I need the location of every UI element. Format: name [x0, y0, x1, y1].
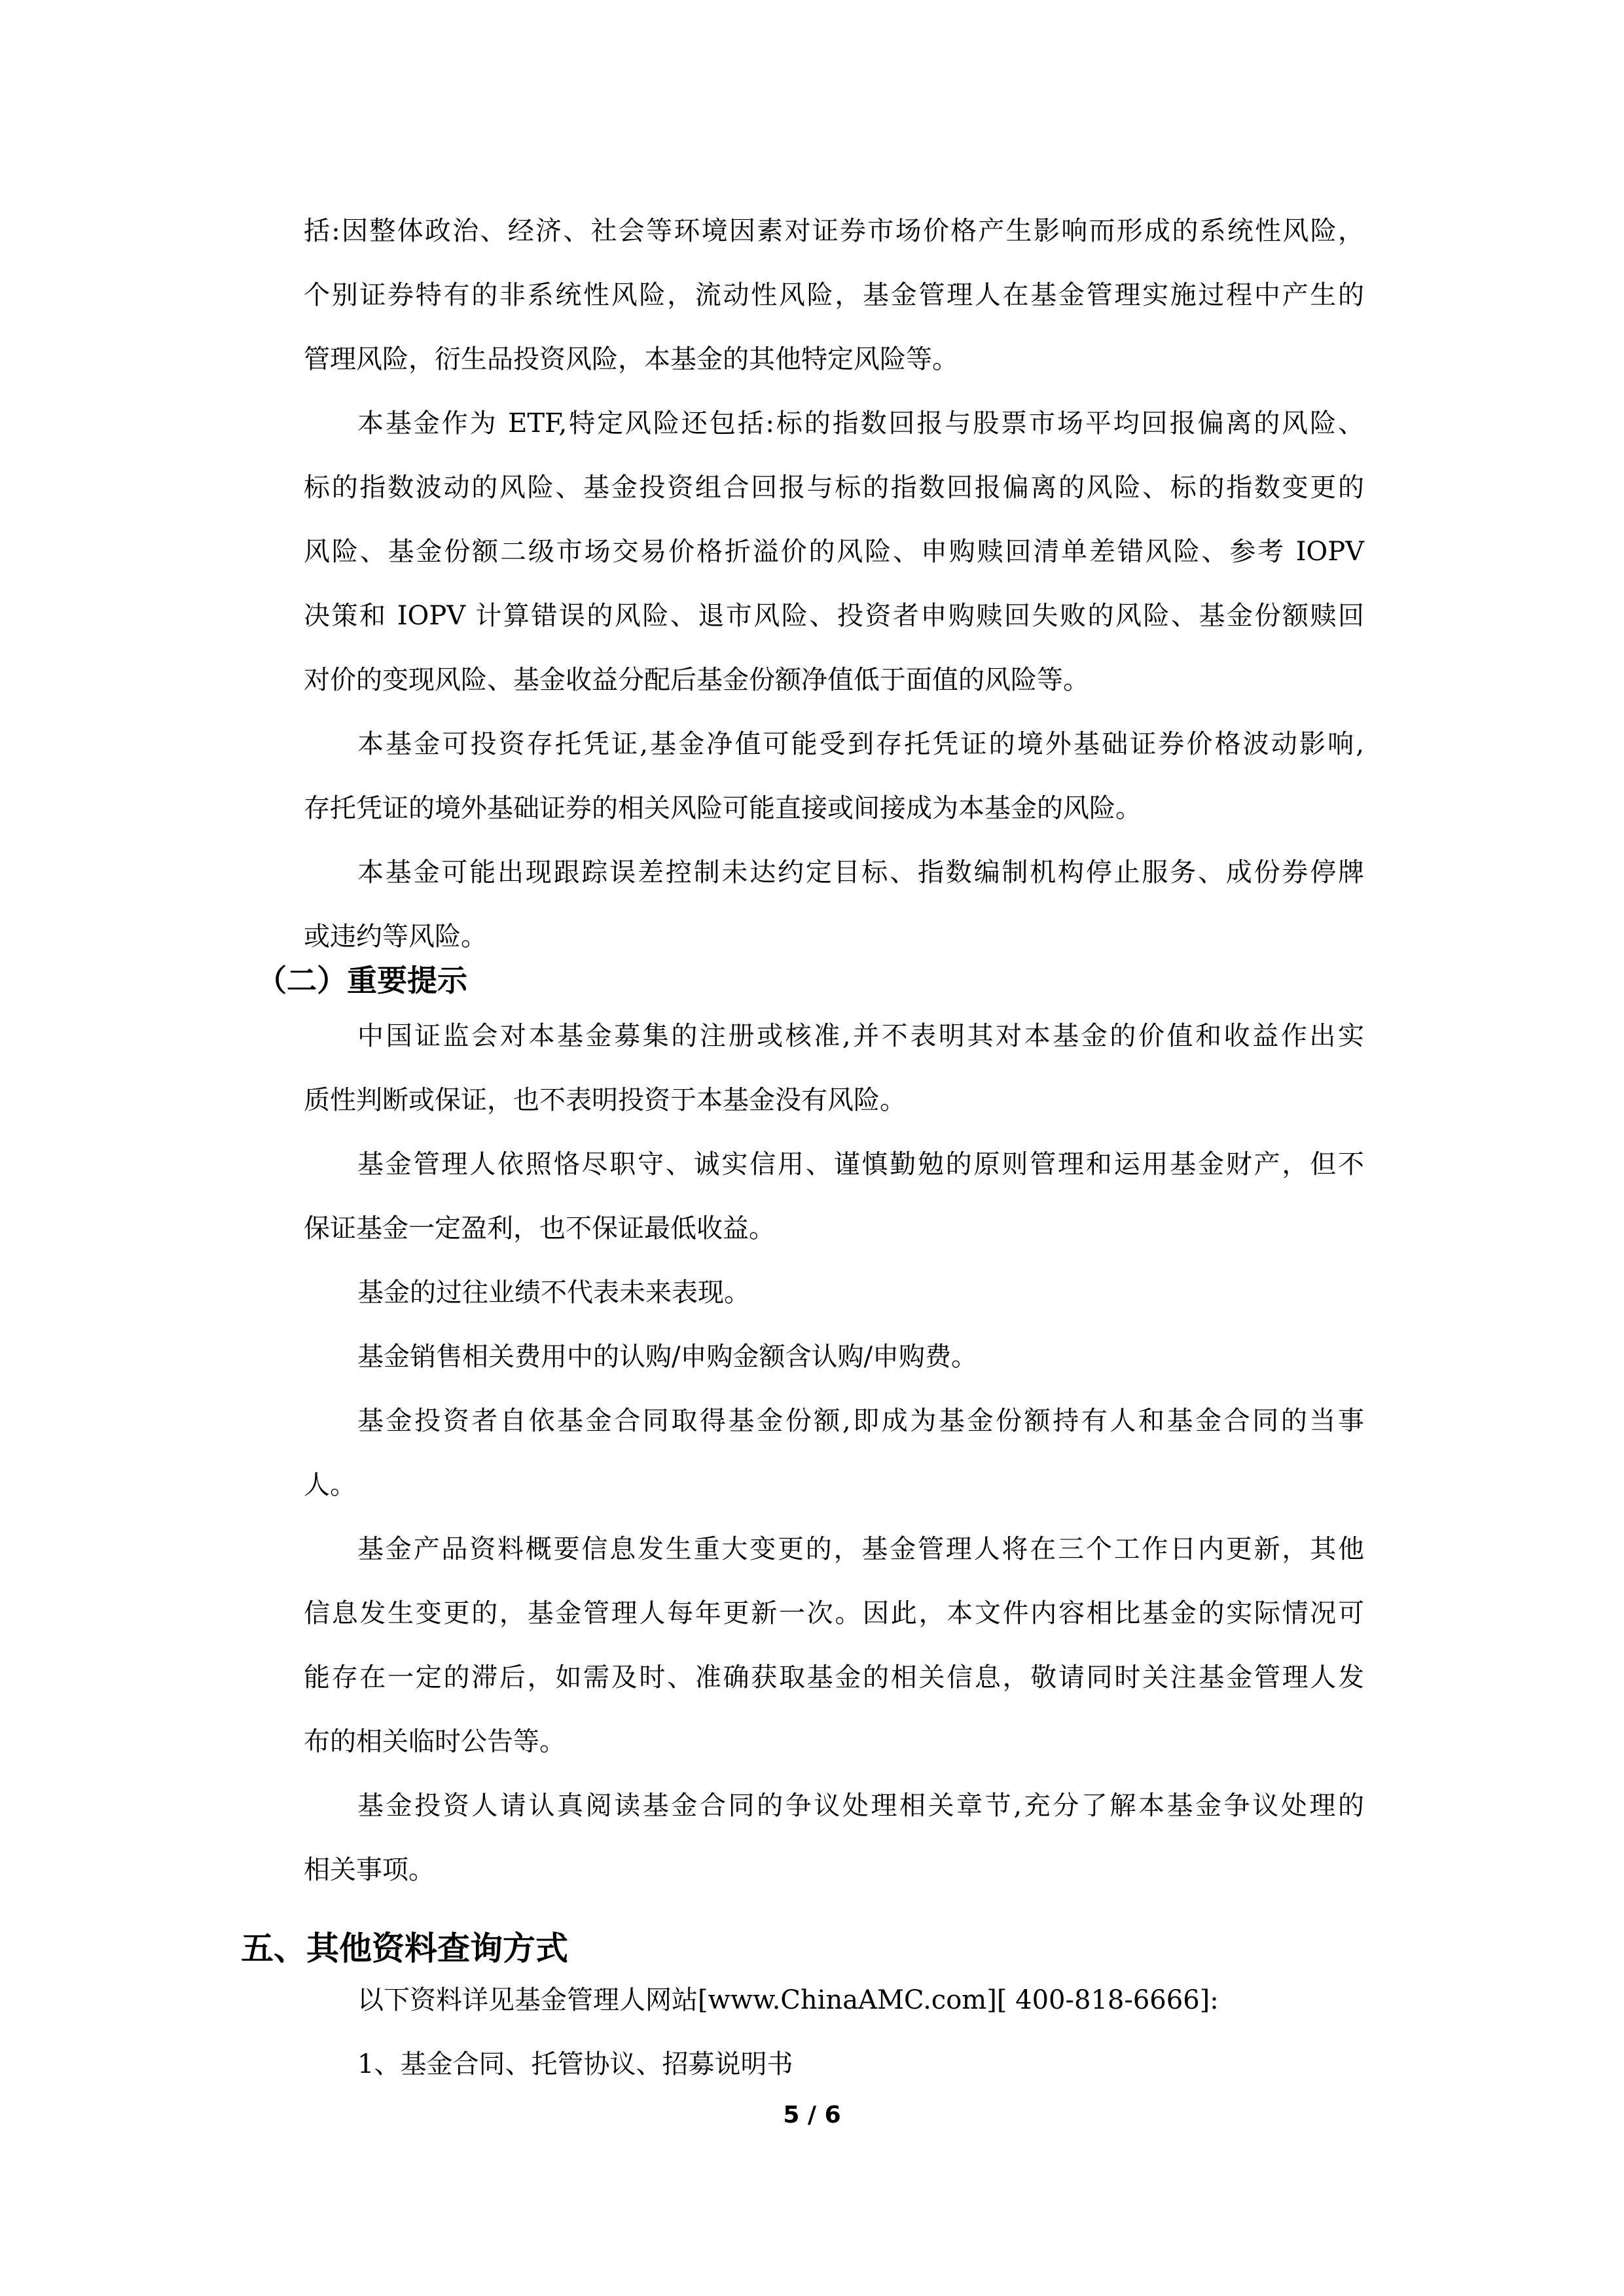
body-line: 决策和 IOPV 计算错误的风险、退市风险、投资者申购赎回失败的风险、基金份额赎…	[304, 584, 1364, 648]
body-line: 质性判断或保证，也不表明投资于本基金没有风险。	[304, 1068, 1364, 1132]
body-line: 基金投资人请认真阅读基金合同的争议处理相关章节,充分了解本基金争议处理的	[304, 1774, 1364, 1838]
body-line: 个别证券特有的非系统性风险，流动性风险，基金管理人在基金管理实施过程中产生的	[304, 263, 1364, 327]
body-line: 本基金作为 ETF,特定风险还包括:标的指数回报与股票市场平均回报偏离的风险、	[304, 391, 1364, 456]
body-line: 中国证监会对本基金募集的注册或核准,并不表明其对本基金的价值和收益作出实	[304, 1004, 1364, 1068]
other-info-block: 以下资料详见基金管理人网站[www.ChinaAMC.com][ 400-818…	[241, 1968, 1364, 2096]
body-line-website: 以下资料详见基金管理人网站[www.ChinaAMC.com][ 400-818…	[304, 1968, 1364, 2032]
body-line: 布的相关临时公告等。	[304, 1710, 1364, 1774]
important-notice-heading-row: （二）重要提示	[241, 948, 1364, 1013]
body-line: 信息发生变更的，基金管理人每年更新一次。因此，本文件内容相比基金的实际情况可	[304, 1581, 1364, 1645]
risk-paragraphs-block: 括:因整体政治、经济、社会等环境因素对证券市场价格产生影响而形成的系统性风险， …	[241, 199, 1364, 969]
body-line: 本基金可能出现跟踪误差控制未达约定目标、指数编制机构停止服务、成份券停牌	[304, 840, 1364, 905]
body-line: 基金投资者自依基金合同取得基金份额,即成为基金份额持有人和基金合同的当事	[304, 1389, 1364, 1453]
body-line: 基金产品资料概要信息发生重大变更的，基金管理人将在三个工作日内更新，其他	[304, 1517, 1364, 1581]
body-line: 保证基金一定盈利，也不保证最低收益。	[304, 1196, 1364, 1261]
important-notice-block: 中国证监会对本基金募集的注册或核准,并不表明其对本基金的价值和收益作出实 质性判…	[241, 1004, 1364, 1902]
document-page: 括:因整体政治、经济、社会等环境因素对证券市场价格产生影响而形成的系统性风险， …	[0, 0, 1624, 2296]
body-line: 基金销售相关费用中的认购/申购金额含认购/申购费。	[304, 1325, 1364, 1389]
body-line: 基金的过往业绩不代表未来表现。	[304, 1261, 1364, 1325]
body-line: 相关事项。	[304, 1838, 1364, 1902]
body-line: 管理风险，衍生品投资风险，本基金的其他特定风险等。	[304, 327, 1364, 391]
body-line: 对价的变现风险、基金收益分配后基金份额净值低于面值的风险等。	[304, 648, 1364, 712]
page-number: 5 / 6	[0, 2102, 1624, 2128]
body-line: 人。	[304, 1453, 1364, 1517]
body-line: 1、基金合同、托管协议、招募说明书	[304, 2032, 1364, 2096]
body-line: 存托凭证的境外基础证券的相关风险可能直接或间接成为本基金的风险。	[304, 776, 1364, 840]
body-line: 风险、基金份额二级市场交易价格折溢价的风险、申购赎回清单差错风险、参考 IOPV	[304, 520, 1364, 584]
body-line: 标的指数波动的风险、基金投资组合回报与标的指数回报偏离的风险、标的指数变更的	[304, 456, 1364, 520]
body-line: 基金管理人依照恪尽职守、诚实信用、谨慎勤勉的原则管理和运用基金财产，但不	[304, 1132, 1364, 1196]
body-line: 本基金可投资存托凭证,基金净值可能受到存托凭证的境外基础证券价格波动影响,	[304, 712, 1364, 776]
section-heading-important-notice: （二）重要提示	[257, 948, 1364, 1013]
body-line: 括:因整体政治、经济、社会等环境因素对证券市场价格产生影响而形成的系统性风险，	[304, 199, 1364, 263]
body-line: 能存在一定的滞后，如需及时、准确获取基金的相关信息，敬请同时关注基金管理人发	[304, 1645, 1364, 1710]
